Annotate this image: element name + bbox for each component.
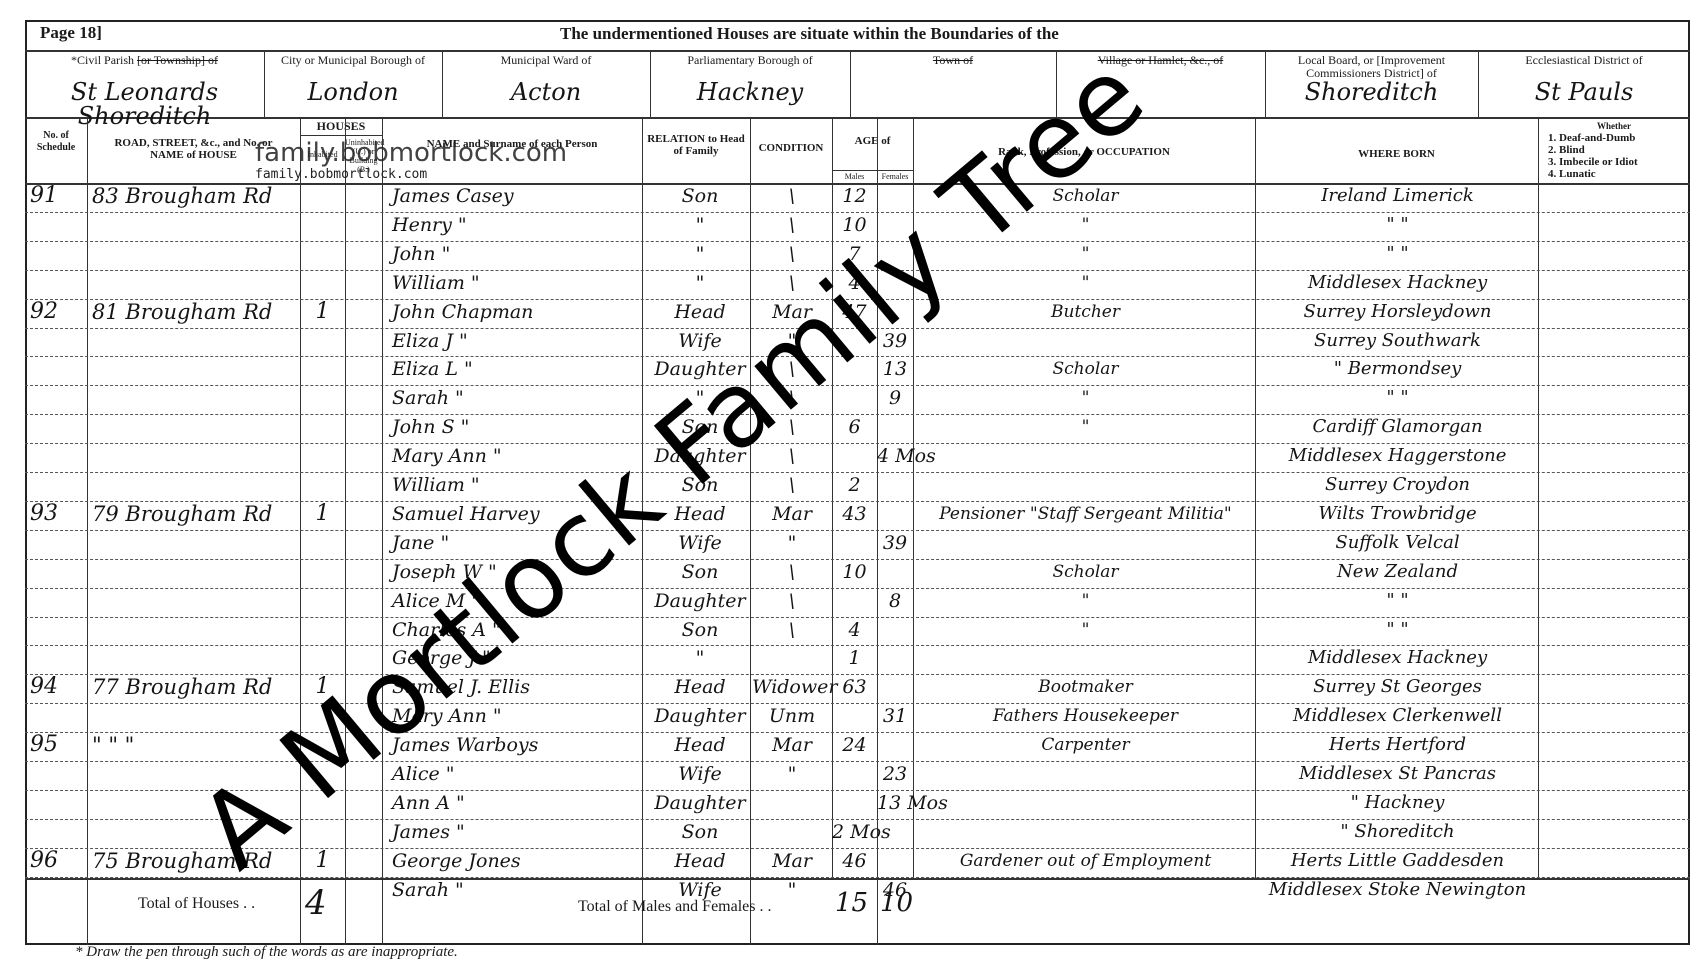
cell-condition: \ bbox=[752, 557, 832, 587]
column-header-females: Females bbox=[877, 171, 913, 183]
cell-condition: \ bbox=[752, 615, 832, 645]
table-row: George J ""1Middlesex Hackney bbox=[0, 645, 1700, 674]
cell-born: Ireland Limerick bbox=[1260, 181, 1535, 211]
table-row: William "Son\2Surrey Croydon bbox=[0, 472, 1700, 501]
cell-name: Alice " bbox=[392, 759, 642, 789]
cell-condition: Mar bbox=[752, 846, 832, 876]
cell-address: 83 Brougham Rd bbox=[92, 181, 297, 211]
cell-schedule: 91 bbox=[30, 181, 85, 211]
cell-condition: " bbox=[752, 759, 832, 789]
cell-born: " " bbox=[1260, 615, 1535, 645]
cell-name: Eliza J " bbox=[392, 326, 642, 356]
cell-occupation: Fathers Housekeeper bbox=[918, 701, 1253, 731]
column-header-infirmity_title: Whether bbox=[1538, 120, 1690, 132]
watermark-url-small: family.bobmortlock.com bbox=[255, 167, 427, 182]
cell-occupation: Scholar bbox=[918, 354, 1253, 384]
cell-relation: Son bbox=[650, 557, 750, 587]
boundary-value: St Leonards Shoreditch bbox=[29, 80, 260, 128]
cell-born: " " bbox=[1260, 210, 1535, 240]
boundary-label: Local Board, or [Improvement Commissione… bbox=[1269, 54, 1474, 80]
cell-relation: Wife bbox=[650, 759, 750, 789]
cell-name: John " bbox=[392, 239, 642, 269]
cell-born: Wilts Trowbridge bbox=[1260, 499, 1535, 529]
table-row: 9477 Brougham Rd1Samuel J. EllisHeadWido… bbox=[0, 674, 1700, 703]
boundary-label-text: Local Board, or [Improvement Commissione… bbox=[1298, 53, 1445, 80]
table-row: Alice M "Daughter\8"" " bbox=[0, 588, 1700, 617]
boundary-value: Hackney bbox=[654, 80, 846, 104]
cell-born: Middlesex St Pancras bbox=[1260, 759, 1535, 789]
cell-male: 43 bbox=[832, 499, 877, 529]
cell-occupation: " bbox=[918, 412, 1253, 442]
cell-relation: " bbox=[650, 210, 750, 240]
cell-schedule: 94 bbox=[30, 672, 85, 702]
cell-male: 12 bbox=[832, 181, 877, 211]
cell-born: " " bbox=[1260, 586, 1535, 616]
cell-relation: Son bbox=[650, 615, 750, 645]
table-row: Jane "Wife"39Suffolk Velcal bbox=[0, 530, 1700, 559]
cell-occupation: Gardener out of Employment bbox=[918, 846, 1253, 876]
cell-inhabited: 1 bbox=[300, 297, 345, 327]
cell-name: Sarah " bbox=[392, 383, 642, 413]
cell-address: 81 Brougham Rd bbox=[92, 297, 297, 327]
cell-condition: Mar bbox=[752, 730, 832, 760]
cell-occupation: Pensioner "Staff Sergeant Militia" bbox=[918, 499, 1253, 529]
total-males-value: 15 bbox=[835, 888, 868, 918]
cell-condition: Mar bbox=[752, 499, 832, 529]
cell-inhabited: 1 bbox=[300, 499, 345, 529]
cell-female: 31 bbox=[877, 701, 913, 731]
cell-schedule: 95 bbox=[30, 730, 85, 760]
cell-occupation: " bbox=[918, 586, 1253, 616]
cell-female: 9 bbox=[877, 383, 913, 413]
cell-female: 4 Mos bbox=[877, 441, 913, 471]
divider bbox=[25, 117, 1690, 119]
cell-occupation: Butcher bbox=[918, 297, 1253, 327]
boundary-label-struck: Town of bbox=[933, 53, 973, 67]
cell-born: Middlesex Clerkenwell bbox=[1260, 701, 1535, 731]
page-label: Page bbox=[40, 23, 75, 42]
cell-born: " " bbox=[1260, 239, 1535, 269]
cell-relation: Daughter bbox=[650, 586, 750, 616]
cell-name: William " bbox=[392, 268, 642, 298]
cell-relation: Son bbox=[650, 181, 750, 211]
cell-born: Surrey Croydon bbox=[1260, 470, 1535, 500]
cell-female: 8 bbox=[877, 586, 913, 616]
divider bbox=[650, 50, 651, 117]
cell-relation: Head bbox=[650, 730, 750, 760]
cell-schedule: 92 bbox=[30, 297, 85, 327]
watermark-url-large: family.bobmortlock.com bbox=[255, 138, 567, 168]
infirmity-option: 1. Deaf-and-Dumb bbox=[1548, 132, 1635, 144]
column-header-schedule: No. of Schedule bbox=[25, 130, 87, 154]
cell-inhabited: 1 bbox=[300, 846, 345, 876]
cell-born: Middlesex Hackney bbox=[1260, 268, 1535, 298]
cell-name: Henry " bbox=[392, 210, 642, 240]
boundary-label-text: *Civil Parish bbox=[71, 53, 134, 67]
boundary-label-struck: [or Township] of bbox=[137, 53, 218, 67]
cell-name: John Chapman bbox=[392, 297, 642, 327]
cell-born: Suffolk Velcal bbox=[1260, 528, 1535, 558]
cell-male: 24 bbox=[832, 730, 877, 760]
cell-schedule: 96 bbox=[30, 846, 85, 876]
cell-occupation: Scholar bbox=[918, 557, 1253, 587]
boundary-label-text: Ecclesiastical District of bbox=[1525, 53, 1642, 67]
table-row: Mary Ann "Daughter\4 MosMiddlesex Hagger… bbox=[0, 443, 1700, 472]
column-header-born: WHERE BORN bbox=[1255, 148, 1538, 160]
divider bbox=[1478, 50, 1479, 117]
cell-born: Middlesex Hackney bbox=[1260, 643, 1535, 673]
cell-condition: \ bbox=[752, 210, 832, 240]
boundary-value: St Pauls bbox=[1482, 80, 1686, 104]
cell-relation: Daughter bbox=[650, 701, 750, 731]
boundary-value: London bbox=[268, 80, 438, 104]
cell-male: 2 Mos bbox=[832, 817, 877, 847]
infirmity-option: 3. Imbecile or Idiot bbox=[1548, 156, 1638, 168]
cell-born: " Shoreditch bbox=[1260, 817, 1535, 847]
infirmity-option: 4. Lunatic bbox=[1548, 168, 1596, 180]
cell-male: 1 bbox=[832, 643, 877, 673]
cell-name: James " bbox=[392, 817, 642, 847]
boundary-label: City or Municipal Borough of bbox=[268, 54, 438, 67]
column-header-houses: HOUSES bbox=[300, 120, 382, 132]
boundary-label-text: City or Municipal Borough of bbox=[281, 53, 425, 67]
cell-name: James Casey bbox=[392, 181, 642, 211]
cell-condition: " bbox=[752, 528, 832, 558]
cell-male: 2 bbox=[832, 470, 877, 500]
table-row: Joseph W "Son\10ScholarNew Zealand bbox=[0, 559, 1700, 588]
cell-condition: \ bbox=[752, 181, 832, 211]
cell-male: 46 bbox=[832, 846, 877, 876]
table-row: John S "Son\6"Cardiff Glamorgan bbox=[0, 414, 1700, 443]
cell-relation: Daughter bbox=[650, 788, 750, 818]
footnote: * Draw the pen through such of the words… bbox=[75, 944, 458, 961]
cell-relation: " bbox=[650, 239, 750, 269]
total-persons-label: Total of Males and Females . . bbox=[578, 898, 772, 916]
boundary-label: Municipal Ward of bbox=[446, 54, 646, 67]
boundary-label-text: Municipal Ward of bbox=[501, 53, 592, 67]
cell-condition: \ bbox=[752, 586, 832, 616]
boundary-label-text: Parliamentary Borough of bbox=[687, 53, 812, 67]
table-row: 9379 Brougham Rd1Samuel HarveyHeadMar43P… bbox=[0, 501, 1700, 530]
cell-born: Cardiff Glamorgan bbox=[1260, 412, 1535, 442]
total-houses-label: Total of Houses . . bbox=[138, 895, 255, 913]
cell-condition: \ bbox=[752, 470, 832, 500]
page-number-value: 18 bbox=[79, 23, 96, 42]
cell-born: New Zealand bbox=[1260, 557, 1535, 587]
divider bbox=[442, 50, 443, 117]
cell-condition: Unm bbox=[752, 701, 832, 731]
boundary-value: Acton bbox=[446, 80, 646, 104]
cell-born: Surrey Horsleydown bbox=[1260, 297, 1535, 327]
table-row: Charles A "Son\4"" " bbox=[0, 617, 1700, 646]
boundary-label: Parliamentary Borough of bbox=[654, 54, 846, 67]
cell-male: 6 bbox=[832, 412, 877, 442]
cell-address: 79 Brougham Rd bbox=[92, 499, 297, 529]
divider bbox=[264, 50, 265, 117]
cell-born: Surrey Southwark bbox=[1260, 326, 1535, 356]
divider bbox=[850, 50, 851, 117]
divider bbox=[25, 878, 1690, 880]
divider bbox=[300, 135, 382, 136]
cell-condition: Widower bbox=[752, 672, 832, 702]
boundary-label: *Civil Parish [or Township] of bbox=[29, 54, 260, 67]
cell-relation: Head bbox=[650, 846, 750, 876]
cell-address: 77 Brougham Rd bbox=[92, 672, 297, 702]
cell-born: " Hackney bbox=[1260, 788, 1535, 818]
infirmity-option: 2. Blind bbox=[1548, 144, 1585, 156]
cell-born: Middlesex Haggerstone bbox=[1260, 441, 1535, 471]
cell-born: " Bermondsey bbox=[1260, 354, 1535, 384]
cell-male: 63 bbox=[832, 672, 877, 702]
table-row: Mary Ann "DaughterUnm31Fathers Housekeep… bbox=[0, 703, 1700, 732]
cell-male: 10 bbox=[832, 557, 877, 587]
cell-female: 39 bbox=[877, 528, 913, 558]
cell-born: Herts Hertford bbox=[1260, 730, 1535, 760]
total-houses-value: 4 bbox=[305, 883, 327, 923]
cell-schedule: 93 bbox=[30, 499, 85, 529]
column-header-age: AGE of bbox=[832, 135, 913, 147]
cell-name: Eliza L " bbox=[392, 354, 642, 384]
boundary-label: Ecclesiastical District of bbox=[1482, 54, 1686, 67]
cell-relation: Head bbox=[650, 297, 750, 327]
boundary-label: Town of bbox=[854, 54, 1052, 67]
cell-occupation: " bbox=[918, 615, 1253, 645]
cell-occupation: Bootmaker bbox=[918, 672, 1253, 702]
cell-relation: " bbox=[650, 268, 750, 298]
cell-name: Ann A " bbox=[392, 788, 642, 818]
cell-male: 4 bbox=[832, 615, 877, 645]
cell-born: " " bbox=[1260, 383, 1535, 413]
cell-female: 23 bbox=[877, 759, 913, 789]
boundary-value: Shoreditch bbox=[1269, 80, 1474, 104]
column-header-condition: CONDITION bbox=[750, 142, 832, 154]
cell-relation: Son bbox=[650, 817, 750, 847]
cell-occupation: Carpenter bbox=[918, 730, 1253, 760]
boundary-label-struck: Village or Hamlet, &c., of bbox=[1098, 53, 1224, 67]
cell-born: Surrey St Georges bbox=[1260, 672, 1535, 702]
page-number: Page 18] bbox=[40, 23, 102, 43]
divider bbox=[25, 50, 1690, 52]
cell-relation: Head bbox=[650, 672, 750, 702]
cell-relation: " bbox=[650, 643, 750, 673]
cell-born: Herts Little Gaddesden bbox=[1260, 846, 1535, 876]
table-row: 9183 Brougham RdJames CaseySon\12Scholar… bbox=[0, 183, 1700, 212]
cell-female: 13 Mos bbox=[877, 788, 913, 818]
cell-name: George Jones bbox=[392, 846, 642, 876]
column-header-relation: RELATION to Head of Family bbox=[642, 133, 750, 157]
cell-occupation: " bbox=[918, 383, 1253, 413]
total-females-value: 10 bbox=[880, 888, 913, 918]
page-heading: The undermentioned Houses are situate wi… bbox=[560, 24, 1059, 44]
divider bbox=[1265, 50, 1266, 117]
